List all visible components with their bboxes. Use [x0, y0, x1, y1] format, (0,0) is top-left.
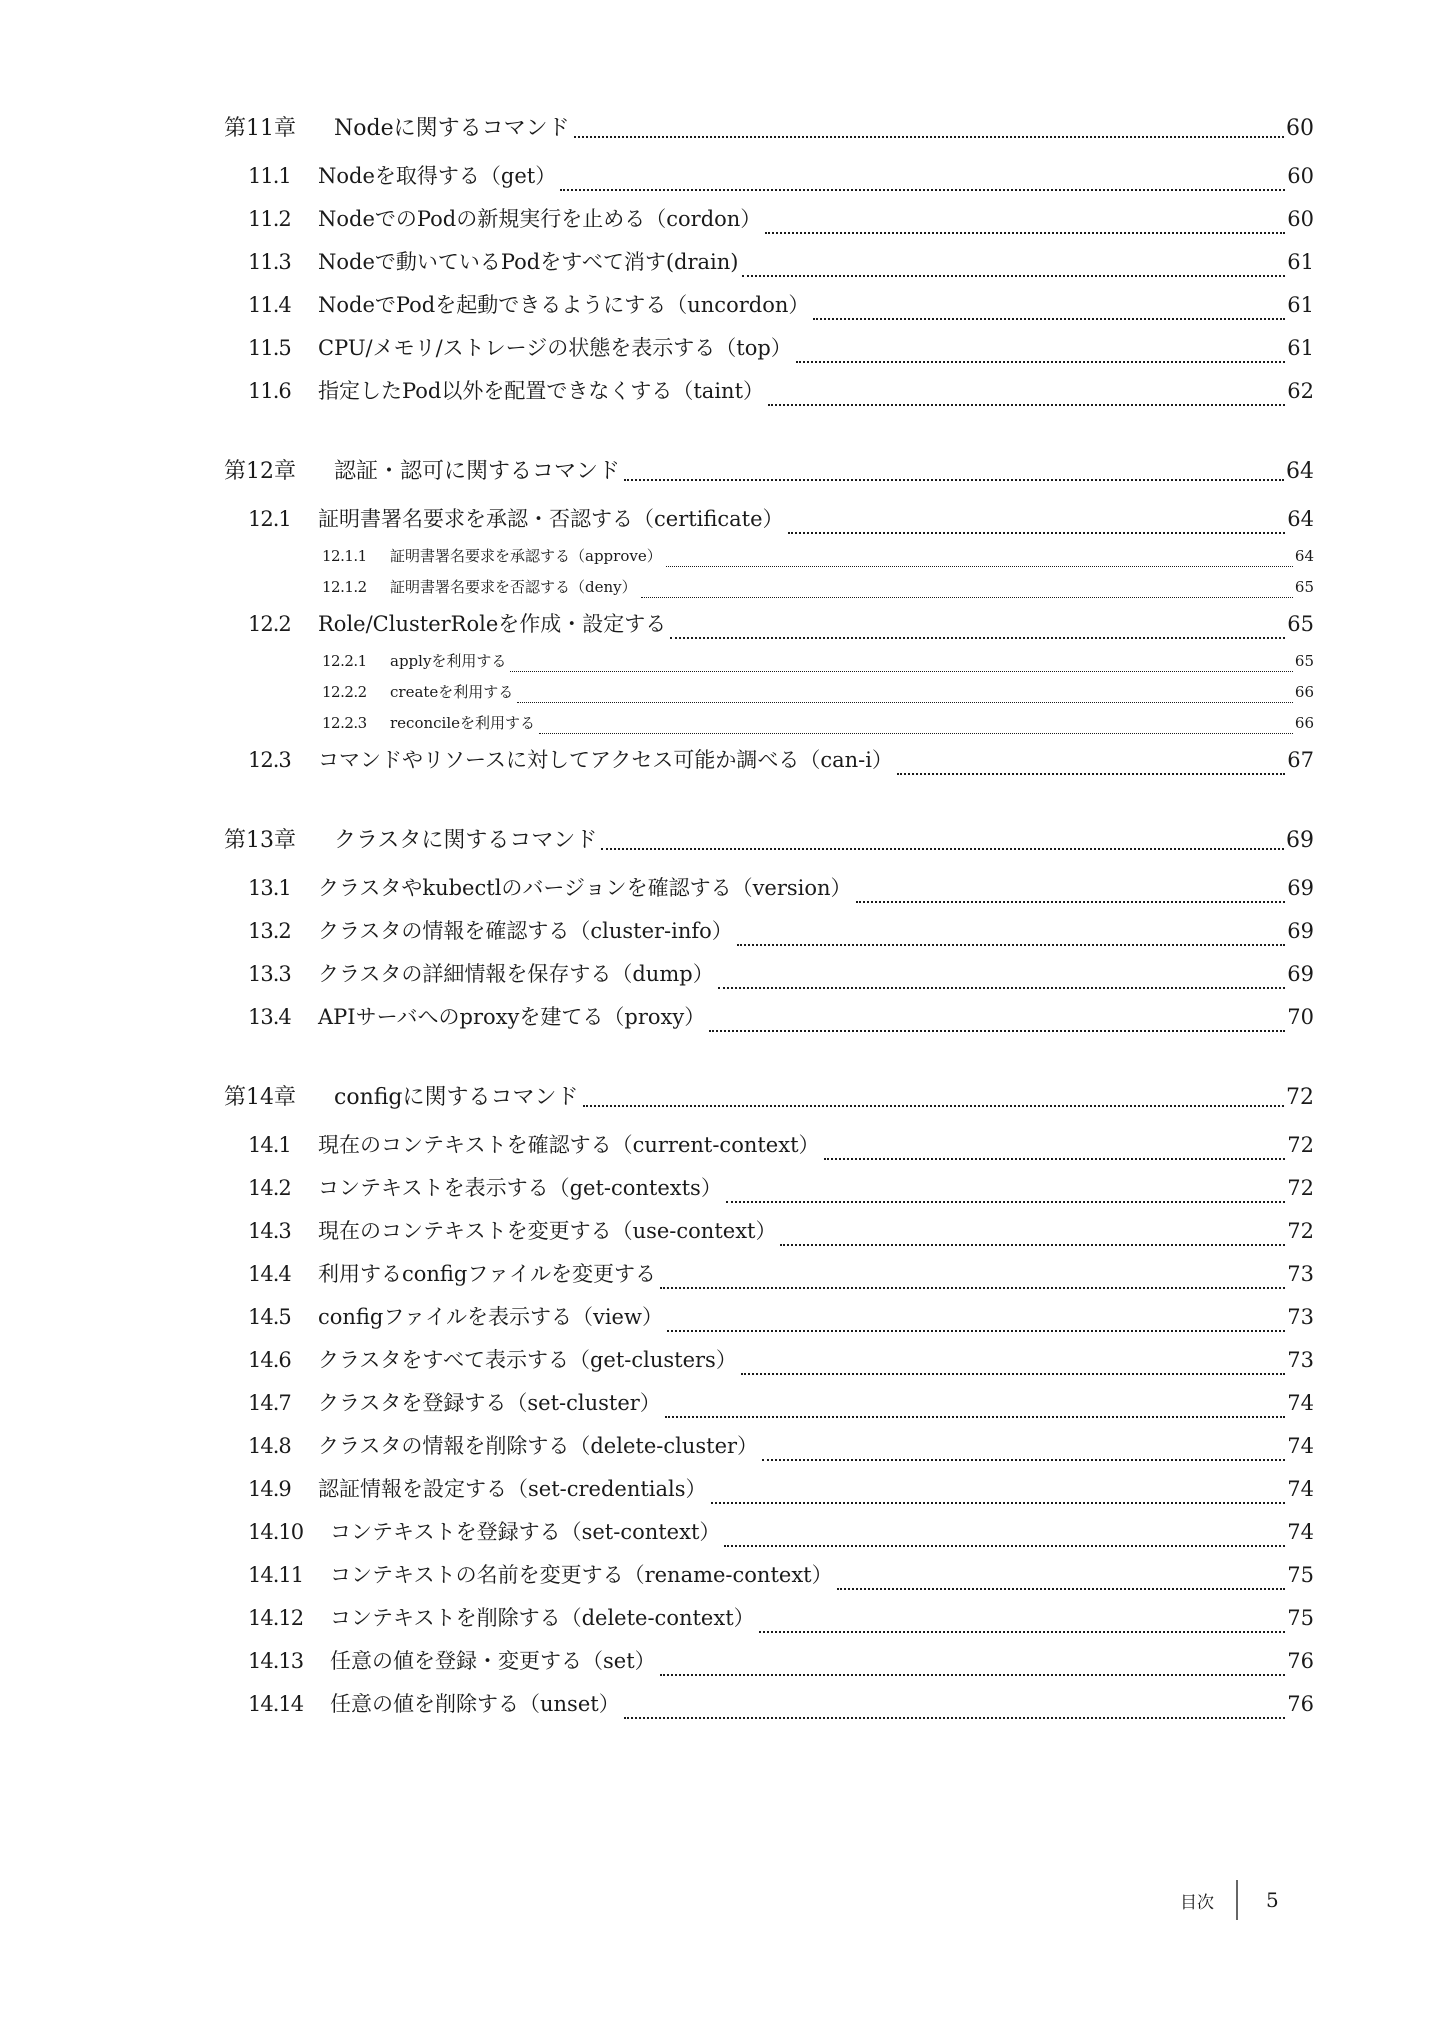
toc-section-entry[interactable]: 14.9 認証情報を設定する（set-credentials） 74 [224, 1468, 1314, 1511]
section-number: 13.2 [248, 910, 318, 953]
section-title: APIサーバへのproxyを建てる（proxy） [318, 996, 705, 1039]
section-number: 13.4 [248, 996, 318, 1039]
dot-leader [510, 646, 1292, 677]
toc-chapter-12: 第12章 認証・認可に関するコマンド 64 12.1 証明書署名要求を承認・否認… [224, 455, 1314, 782]
toc-section-entry[interactable]: 14.5 configファイルを表示する（view） 73 [224, 1296, 1314, 1339]
page-number: 61 [1287, 284, 1314, 327]
section-title: 証明書署名要求を承認・否認する（certificate） [318, 498, 784, 541]
dot-leader [711, 1468, 1286, 1511]
chapter-title: Nodeに関するコマンド [334, 112, 570, 145]
dot-leader [709, 996, 1285, 1039]
toc-section-entry[interactable]: 14.7 クラスタを登録する（set-cluster） 74 [224, 1382, 1314, 1425]
dot-leader [796, 327, 1285, 370]
section-title: クラスタの詳細情報を保存する（dump） [318, 953, 714, 996]
section-title: Nodeで動いているPodをすべて消す(drain) [318, 241, 738, 284]
toc-section-entry[interactable]: 11.4 NodeでPodを起動できるようにする（uncordon） 61 [224, 284, 1314, 327]
page-number: 69 [1286, 824, 1314, 857]
dot-leader [724, 1511, 1285, 1554]
page-number: 73 [1287, 1253, 1314, 1296]
toc-section-entry[interactable]: 14.2 コンテキストを表示する（get-contexts） 72 [224, 1167, 1314, 1210]
toc-section-entry[interactable]: 12.1 証明書署名要求を承認・否認する（certificate） 64 [224, 498, 1314, 541]
toc-section-entry[interactable]: 14.13 任意の値を登録・変更する（set） 76 [224, 1640, 1314, 1683]
page-number: 76 [1287, 1640, 1314, 1683]
toc-subsection-entry[interactable]: 12.1.2 証明書署名要求を否認する（deny） 65 [224, 572, 1314, 603]
toc-subsection-entry[interactable]: 12.2.2 createを利用する 66 [224, 677, 1314, 708]
toc-section-entry[interactable]: 14.1 現在のコンテキストを確認する（current-context） 72 [224, 1124, 1314, 1167]
dot-leader [718, 953, 1286, 996]
toc-section-entry[interactable]: 11.6 指定したPod以外を配置できなくする（taint） 62 [224, 370, 1314, 413]
dot-leader [780, 1210, 1285, 1253]
table-of-contents: 第11章 Nodeに関するコマンド 60 11.1 Nodeを取得する（get）… [224, 112, 1314, 1768]
page-number: 60 [1287, 198, 1314, 241]
section-title: クラスタを登録する（set-cluster） [318, 1382, 661, 1425]
dot-leader [624, 455, 1284, 488]
toc-subsection-entry[interactable]: 12.2.1 applyを利用する 65 [224, 646, 1314, 677]
section-title: configファイルを表示する（view） [318, 1296, 663, 1339]
page-number: 74 [1287, 1468, 1314, 1511]
toc-section-entry[interactable]: 14.10 コンテキストを登録する（set-context） 74 [224, 1511, 1314, 1554]
subsection-title: applyを利用する [390, 646, 506, 677]
section-number: 12.1 [248, 498, 318, 541]
section-number: 13.3 [248, 953, 318, 996]
chapter-number: 第12章 [224, 455, 334, 488]
toc-section-entry[interactable]: 14.8 クラスタの情報を削除する（delete-cluster） 74 [224, 1425, 1314, 1468]
toc-section-entry[interactable]: 11.1 Nodeを取得する（get） 60 [224, 155, 1314, 198]
dot-leader [897, 739, 1285, 782]
dot-leader [856, 867, 1286, 910]
section-title: クラスタの情報を削除する（delete-cluster） [318, 1425, 758, 1468]
section-number: 14.7 [248, 1382, 318, 1425]
footer-page-number: 5 [1266, 1888, 1279, 1912]
section-number: 14.5 [248, 1296, 318, 1339]
chapter-title: 認証・認可に関するコマンド [334, 455, 620, 488]
toc-section-entry[interactable]: 14.6 クラスタをすべて表示する（get-clusters） 73 [224, 1339, 1314, 1382]
dot-leader [762, 1425, 1285, 1468]
dot-leader [759, 1597, 1286, 1640]
section-number: 14.4 [248, 1253, 318, 1296]
section-title: Nodeを取得する（get） [318, 155, 556, 198]
section-title: コンテキストを削除する（delete-context） [330, 1597, 755, 1640]
page-number: 64 [1295, 541, 1314, 572]
page-number: 66 [1295, 677, 1314, 708]
dot-leader [665, 1382, 1285, 1425]
chapter-number: 第14章 [224, 1081, 334, 1114]
dot-leader [660, 1253, 1285, 1296]
section-number: 14.1 [248, 1124, 318, 1167]
toc-chapter-entry[interactable]: 第12章 認証・認可に関するコマンド 64 [224, 455, 1314, 488]
dot-leader [667, 1296, 1285, 1339]
page-number: 76 [1287, 1683, 1314, 1726]
chapter-title: configに関するコマンド [334, 1081, 579, 1114]
section-title: 認証情報を設定する（set-credentials） [318, 1468, 707, 1511]
section-title: クラスタの情報を確認する（cluster-info） [318, 910, 733, 953]
page-number: 60 [1287, 155, 1314, 198]
section-title: 現在のコンテキストを確認する（current-context） [318, 1124, 820, 1167]
toc-section-entry[interactable]: 14.14 任意の値を削除する（unset） 76 [224, 1683, 1314, 1726]
section-title: 指定したPod以外を配置できなくする（taint） [318, 370, 764, 413]
dot-leader [601, 824, 1284, 857]
subsection-title: reconcileを利用する [390, 708, 535, 739]
page-number: 72 [1287, 1210, 1314, 1253]
dot-leader [539, 708, 1293, 739]
section-title: CPU/メモリ/ストレージの状態を表示する（top） [318, 327, 792, 370]
page-number: 74 [1287, 1425, 1314, 1468]
dot-leader [583, 1081, 1285, 1114]
page-number: 62 [1287, 370, 1314, 413]
dot-leader [742, 241, 1285, 284]
section-number: 11.1 [248, 155, 318, 198]
section-number: 14.12 [248, 1597, 330, 1640]
subsection-number: 12.1.1 [322, 541, 390, 572]
dot-leader [788, 498, 1286, 541]
section-number: 14.11 [248, 1554, 330, 1597]
section-number: 14.10 [248, 1511, 330, 1554]
section-number: 11.4 [248, 284, 318, 327]
dot-leader [765, 198, 1285, 241]
dot-leader [837, 1554, 1286, 1597]
dot-leader [624, 1683, 1286, 1726]
section-number: 14.3 [248, 1210, 318, 1253]
toc-section-entry[interactable]: 13.2 クラスタの情報を確認する（cluster-info） 69 [224, 910, 1314, 953]
toc-chapter-entry[interactable]: 第14章 configに関するコマンド 72 [224, 1081, 1314, 1114]
page-footer: 目次 5 [1180, 1880, 1279, 1920]
dot-leader [666, 541, 1293, 572]
dot-leader [824, 1124, 1286, 1167]
section-title: クラスタやkubectlのバージョンを確認する（version） [318, 867, 852, 910]
page-number: 65 [1295, 646, 1314, 677]
dot-leader [560, 155, 1285, 198]
page-number: 69 [1287, 953, 1314, 996]
dot-leader [670, 603, 1285, 646]
page-number: 74 [1287, 1382, 1314, 1425]
dot-leader [517, 677, 1293, 708]
toc-section-entry[interactable]: 14.4 利用するconfigファイルを変更する 73 [224, 1253, 1314, 1296]
section-number: 14.9 [248, 1468, 318, 1511]
section-number: 12.2 [248, 603, 318, 646]
section-title: NodeでPodを起動できるようにする（uncordon） [318, 284, 809, 327]
page-number: 72 [1287, 1124, 1314, 1167]
dot-leader [768, 370, 1285, 413]
toc-section-entry[interactable]: 11.3 Nodeで動いているPodをすべて消す(drain) 61 [224, 241, 1314, 284]
page-number: 75 [1287, 1597, 1314, 1640]
page-number: 64 [1287, 498, 1314, 541]
toc-chapter-14: 第14章 configに関するコマンド 72 14.1 現在のコンテキストを確認… [224, 1081, 1314, 1726]
page-number: 61 [1287, 327, 1314, 370]
page-number: 69 [1287, 910, 1314, 953]
page-number: 72 [1286, 1081, 1314, 1114]
subsection-number: 12.1.2 [322, 572, 390, 603]
toc-section-entry[interactable]: 14.3 現在のコンテキストを変更する（use-context） 72 [224, 1210, 1314, 1253]
footer-section-label: 目次 [1180, 1888, 1214, 1913]
subsection-title: 証明書署名要求を否認する（deny） [390, 572, 637, 603]
page-number: 65 [1295, 572, 1314, 603]
section-number: 14.8 [248, 1425, 318, 1468]
section-number: 14.14 [248, 1683, 330, 1726]
subsection-number: 12.2.3 [322, 708, 390, 739]
section-number: 13.1 [248, 867, 318, 910]
page-number: 64 [1286, 455, 1314, 488]
toc-subsection-entry[interactable]: 12.2.3 reconcileを利用する 66 [224, 708, 1314, 739]
section-number: 11.3 [248, 241, 318, 284]
toc-section-entry[interactable]: 11.5 CPU/メモリ/ストレージの状態を表示する（top） 61 [224, 327, 1314, 370]
page-number: 70 [1287, 996, 1314, 1039]
section-title: コマンドやリソースに対してアクセス可能か調べる（can-i） [318, 739, 893, 782]
section-title: コンテキストを表示する（get-contexts） [318, 1167, 722, 1210]
section-number: 14.13 [248, 1640, 330, 1683]
section-number: 14.6 [248, 1339, 318, 1382]
page-number: 72 [1287, 1167, 1314, 1210]
dot-leader [813, 284, 1285, 327]
toc-section-entry[interactable]: 11.2 NodeでのPodの新規実行を止める（cordon） 60 [224, 198, 1314, 241]
toc-section-entry[interactable]: 13.4 APIサーバへのproxyを建てる（proxy） 70 [224, 996, 1314, 1039]
subsection-number: 12.2.1 [322, 646, 390, 677]
toc-section-entry[interactable]: 14.12 コンテキストを削除する（delete-context） 75 [224, 1597, 1314, 1640]
toc-section-entry[interactable]: 13.1 クラスタやkubectlのバージョンを確認する（version） 69 [224, 867, 1314, 910]
section-title: Role/ClusterRoleを作成・設定する [318, 603, 666, 646]
page-number: 73 [1287, 1339, 1314, 1382]
toc-section-entry[interactable]: 13.3 クラスタの詳細情報を保存する（dump） 69 [224, 953, 1314, 996]
section-title: クラスタをすべて表示する（get-clusters） [318, 1339, 737, 1382]
footer-divider [1236, 1880, 1238, 1920]
toc-chapter-11: 第11章 Nodeに関するコマンド 60 11.1 Nodeを取得する（get）… [224, 112, 1314, 413]
section-number: 11.6 [248, 370, 318, 413]
chapter-number: 第13章 [224, 824, 334, 857]
page-number: 65 [1287, 603, 1314, 646]
chapter-title: クラスタに関するコマンド [334, 824, 597, 857]
dot-leader [726, 1167, 1285, 1210]
chapter-number: 第11章 [224, 112, 334, 145]
dot-leader [737, 910, 1285, 953]
section-title: 任意の値を登録・変更する（set） [330, 1640, 656, 1683]
section-title: 任意の値を削除する（unset） [330, 1683, 620, 1726]
section-number: 14.2 [248, 1167, 318, 1210]
section-number: 12.3 [248, 739, 318, 782]
toc-chapter-entry[interactable]: 第11章 Nodeに関するコマンド 60 [224, 112, 1314, 145]
dot-leader [574, 112, 1284, 145]
dot-leader [741, 1339, 1285, 1382]
toc-section-entry[interactable]: 14.11 コンテキストの名前を変更する（rename-context） 75 [224, 1554, 1314, 1597]
page-number: 67 [1287, 739, 1314, 782]
toc-chapter-13: 第13章 クラスタに関するコマンド 69 13.1 クラスタやkubectlのバ… [224, 824, 1314, 1039]
section-title: コンテキストの名前を変更する（rename-context） [330, 1554, 833, 1597]
section-title: NodeでのPodの新規実行を止める（cordon） [318, 198, 761, 241]
page-number: 60 [1286, 112, 1314, 145]
toc-section-entry[interactable]: 12.2 Role/ClusterRoleを作成・設定する 65 [224, 603, 1314, 646]
page-number: 61 [1287, 241, 1314, 284]
page-number: 74 [1287, 1511, 1314, 1554]
section-title: 利用するconfigファイルを変更する [318, 1253, 656, 1296]
page-number: 75 [1287, 1554, 1314, 1597]
section-number: 11.2 [248, 198, 318, 241]
subsection-title: createを利用する [390, 677, 513, 708]
toc-subsection-entry[interactable]: 12.1.1 証明書署名要求を承認する（approve） 64 [224, 541, 1314, 572]
toc-section-entry[interactable]: 12.3 コマンドやリソースに対してアクセス可能か調べる（can-i） 67 [224, 739, 1314, 782]
subsection-title: 証明書署名要求を承認する（approve） [390, 541, 662, 572]
subsection-number: 12.2.2 [322, 677, 390, 708]
toc-chapter-entry[interactable]: 第13章 クラスタに関するコマンド 69 [224, 824, 1314, 857]
section-number: 11.5 [248, 327, 318, 370]
page-number: 69 [1287, 867, 1314, 910]
page-number: 73 [1287, 1296, 1314, 1339]
dot-leader [660, 1640, 1286, 1683]
page-number: 66 [1295, 708, 1314, 739]
section-title: 現在のコンテキストを変更する（use-context） [318, 1210, 776, 1253]
dot-leader [641, 572, 1293, 603]
section-title: コンテキストを登録する（set-context） [330, 1511, 720, 1554]
